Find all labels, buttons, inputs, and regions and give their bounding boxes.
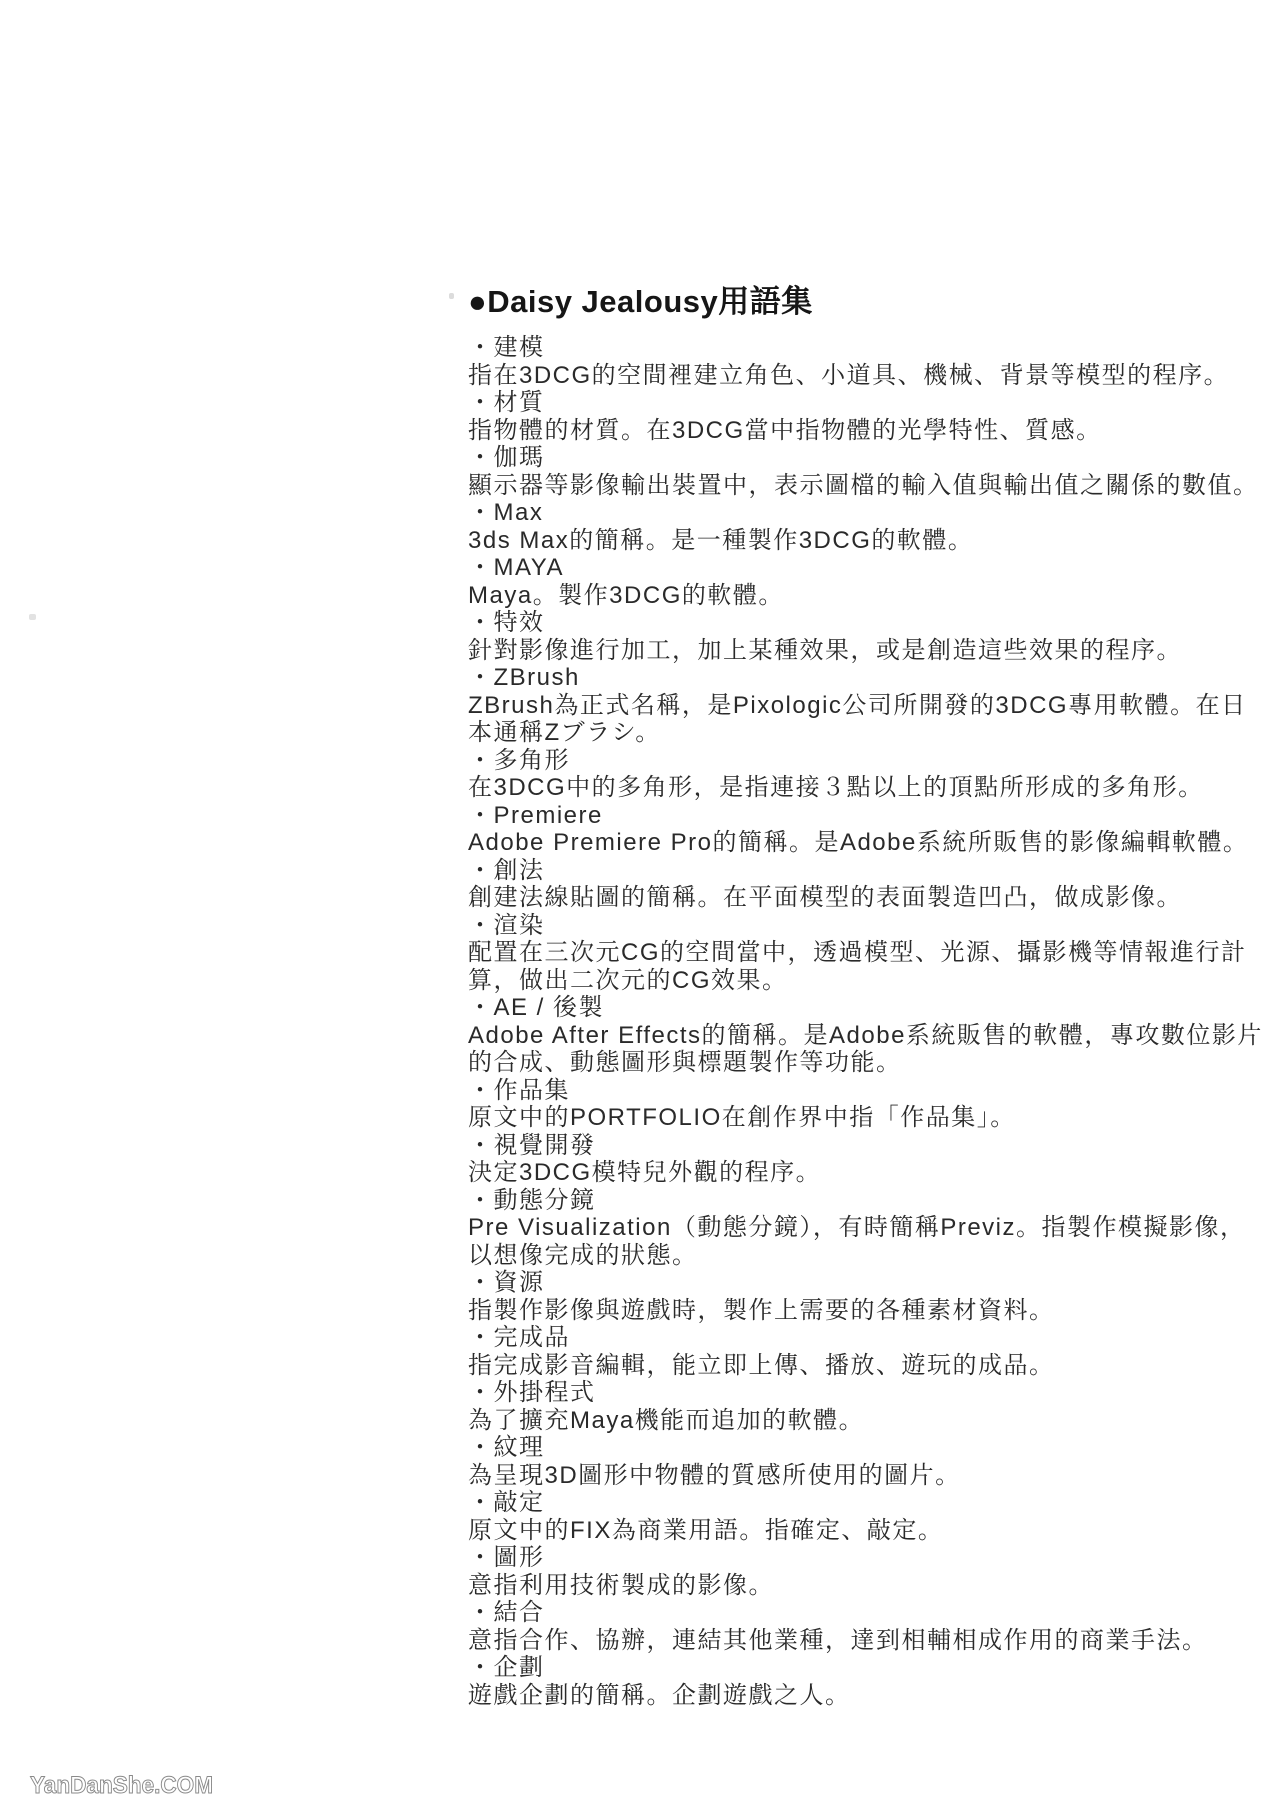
glossary-term: ・材質 bbox=[468, 389, 1263, 417]
glossary-entry: ・建模 指在3DCG的空間裡建立角色、小道具、機械、背景等模型的程序。 bbox=[468, 334, 1263, 389]
glossary-entry: ・作品集 原文中的PORTFOLIO在創作界中指「作品集」。 bbox=[468, 1077, 1263, 1132]
glossary-term: ・多角形 bbox=[468, 747, 1263, 775]
glossary-definition: 指完成影音編輯，能立即上傳、播放、遊玩的成品。 bbox=[468, 1352, 1263, 1380]
glossary-term: ・結合 bbox=[468, 1599, 1263, 1627]
glossary-entry: ・外掛程式 為了擴充Maya機能而追加的軟體。 bbox=[468, 1379, 1263, 1434]
glossary-definition: Maya。製作3DCG的軟體。 bbox=[468, 582, 1263, 610]
glossary-entry: ・敲定 原文中的FIX為商業用語。指確定、敲定。 bbox=[468, 1489, 1263, 1544]
glossary-term: ・資源 bbox=[468, 1269, 1263, 1297]
glossary-definition: 為呈現3D圖形中物體的質感所使用的圖片。 bbox=[468, 1462, 1263, 1490]
glossary-definition: Pre Visualization（動態分鏡），有時簡稱Previz。指製作模擬… bbox=[468, 1214, 1263, 1269]
scanned-glossary-page: ●Daisy Jealousy用語集 ・建模 指在3DCG的空間裡建立角色、小道… bbox=[0, 0, 1280, 1820]
glossary-entry: ・紋理 為呈現3D圖形中物體的質感所使用的圖片。 bbox=[468, 1434, 1263, 1489]
glossary-definition: 創建法線貼圖的簡稱。在平面模型的表面製造凹凸，做成影像。 bbox=[468, 884, 1263, 912]
scan-artifact-speck bbox=[29, 614, 36, 620]
glossary-entry: ・材質 指物體的材質。在3DCG當中指物體的光學特性、質感。 bbox=[468, 389, 1263, 444]
glossary-term: ・Max bbox=[468, 499, 1263, 527]
glossary-term: ・敲定 bbox=[468, 1489, 1263, 1517]
glossary-definition: 在3DCG中的多角形，是指連接３點以上的頂點所形成的多角形。 bbox=[468, 774, 1263, 802]
glossary-entry: ・結合 意指合作、協辦，連結其他業種，達到相輔相成作用的商業手法。 bbox=[468, 1599, 1263, 1654]
glossary-entry: ・完成品 指完成影音編輯，能立即上傳、播放、遊玩的成品。 bbox=[468, 1324, 1263, 1379]
glossary-entry: ・動態分鏡 Pre Visualization（動態分鏡），有時簡稱Previz… bbox=[468, 1187, 1263, 1270]
glossary-content: ●Daisy Jealousy用語集 ・建模 指在3DCG的空間裡建立角色、小道… bbox=[468, 284, 1263, 1709]
glossary-term: ・動態分鏡 bbox=[468, 1187, 1263, 1215]
glossary-term: ・MAYA bbox=[468, 554, 1263, 582]
glossary-term: ・紋理 bbox=[468, 1434, 1263, 1462]
glossary-definition: Adobe Premiere Pro的簡稱。是Adobe系統所販售的影像編輯軟體… bbox=[468, 829, 1263, 857]
glossary-term: ・視覺開發 bbox=[468, 1132, 1263, 1160]
glossary-definition: 決定3DCG模特兒外觀的程序。 bbox=[468, 1159, 1263, 1187]
glossary-definition: 針對影像進行加工，加上某種效果，或是創造這些效果的程序。 bbox=[468, 637, 1263, 665]
glossary-entry: ・ZBrush ZBrush為正式名稱，是Pixologic公司所開發的3DCG… bbox=[468, 664, 1263, 747]
glossary-entry: ・企劃 遊戲企劃的簡稱。企劃遊戲之人。 bbox=[468, 1654, 1263, 1709]
glossary-entry: ・創法 創建法線貼圖的簡稱。在平面模型的表面製造凹凸，做成影像。 bbox=[468, 857, 1263, 912]
glossary-term: ・企劃 bbox=[468, 1654, 1263, 1682]
glossary-definition: 原文中的PORTFOLIO在創作界中指「作品集」。 bbox=[468, 1104, 1263, 1132]
glossary-term: ・渲染 bbox=[468, 912, 1263, 940]
glossary-definition: 遊戲企劃的簡稱。企劃遊戲之人。 bbox=[468, 1682, 1263, 1710]
glossary-list: ・建模 指在3DCG的空間裡建立角色、小道具、機械、背景等模型的程序。 ・材質 … bbox=[468, 334, 1263, 1709]
glossary-entry: ・伽瑪 顯示器等影像輸出裝置中，表示圖檔的輸入值與輸出值之關係的數值。 bbox=[468, 444, 1263, 499]
glossary-definition: 為了擴充Maya機能而追加的軟體。 bbox=[468, 1407, 1263, 1435]
glossary-definition: 指製作影像與遊戲時，製作上需要的各種素材資料。 bbox=[468, 1297, 1263, 1325]
glossary-definition: Adobe After Effects的簡稱。是Adobe系統販售的軟體，專攻數… bbox=[468, 1022, 1263, 1077]
glossary-definition: 顯示器等影像輸出裝置中，表示圖檔的輸入值與輸出值之關係的數值。 bbox=[468, 472, 1263, 500]
glossary-term: ・AE / 後製 bbox=[468, 994, 1263, 1022]
glossary-term: ・Premiere bbox=[468, 802, 1263, 830]
glossary-term: ・建模 bbox=[468, 334, 1263, 362]
glossary-term: ・伽瑪 bbox=[468, 444, 1263, 472]
glossary-term: ・創法 bbox=[468, 857, 1263, 885]
glossary-term: ・作品集 bbox=[468, 1077, 1263, 1105]
glossary-entry: ・特效 針對影像進行加工，加上某種效果，或是創造這些效果的程序。 bbox=[468, 609, 1263, 664]
scan-artifact-speck bbox=[449, 293, 454, 299]
page-title: ●Daisy Jealousy用語集 bbox=[468, 284, 1263, 320]
glossary-entry: ・Max 3ds Max的簡稱。是一種製作3DCG的軟體。 bbox=[468, 499, 1263, 554]
glossary-definition: ZBrush為正式名稱，是Pixologic公司所開發的3DCG專用軟體。在日本… bbox=[468, 692, 1263, 747]
glossary-entry: ・多角形 在3DCG中的多角形，是指連接３點以上的頂點所形成的多角形。 bbox=[468, 747, 1263, 802]
glossary-entry: ・圖形 意指利用技術製成的影像。 bbox=[468, 1544, 1263, 1599]
glossary-term: ・圖形 bbox=[468, 1544, 1263, 1572]
watermark-text: YanDanShe.COM bbox=[30, 1772, 213, 1800]
glossary-term: ・外掛程式 bbox=[468, 1379, 1263, 1407]
glossary-entry: ・視覺開發 決定3DCG模特兒外觀的程序。 bbox=[468, 1132, 1263, 1187]
glossary-entry: ・渲染 配置在三次元CG的空間當中，透過模型、光源、攝影機等情報進行計算，做出二… bbox=[468, 912, 1263, 995]
glossary-entry: ・Premiere Adobe Premiere Pro的簡稱。是Adobe系統… bbox=[468, 802, 1263, 857]
glossary-definition: 指在3DCG的空間裡建立角色、小道具、機械、背景等模型的程序。 bbox=[468, 362, 1263, 390]
glossary-term: ・ZBrush bbox=[468, 664, 1263, 692]
glossary-definition: 3ds Max的簡稱。是一種製作3DCG的軟體。 bbox=[468, 527, 1263, 555]
glossary-entry: ・AE / 後製 Adobe After Effects的簡稱。是Adobe系統… bbox=[468, 994, 1263, 1077]
glossary-definition: 意指合作、協辦，連結其他業種，達到相輔相成作用的商業手法。 bbox=[468, 1627, 1263, 1655]
glossary-entry: ・資源 指製作影像與遊戲時，製作上需要的各種素材資料。 bbox=[468, 1269, 1263, 1324]
glossary-term: ・特效 bbox=[468, 609, 1263, 637]
glossary-entry: ・MAYA Maya。製作3DCG的軟體。 bbox=[468, 554, 1263, 609]
glossary-definition: 意指利用技術製成的影像。 bbox=[468, 1572, 1263, 1600]
glossary-definition: 指物體的材質。在3DCG當中指物體的光學特性、質感。 bbox=[468, 417, 1263, 445]
glossary-definition: 原文中的FIX為商業用語。指確定、敲定。 bbox=[468, 1517, 1263, 1545]
glossary-definition: 配置在三次元CG的空間當中，透過模型、光源、攝影機等情報進行計算，做出二次元的C… bbox=[468, 939, 1263, 994]
glossary-term: ・完成品 bbox=[468, 1324, 1263, 1352]
